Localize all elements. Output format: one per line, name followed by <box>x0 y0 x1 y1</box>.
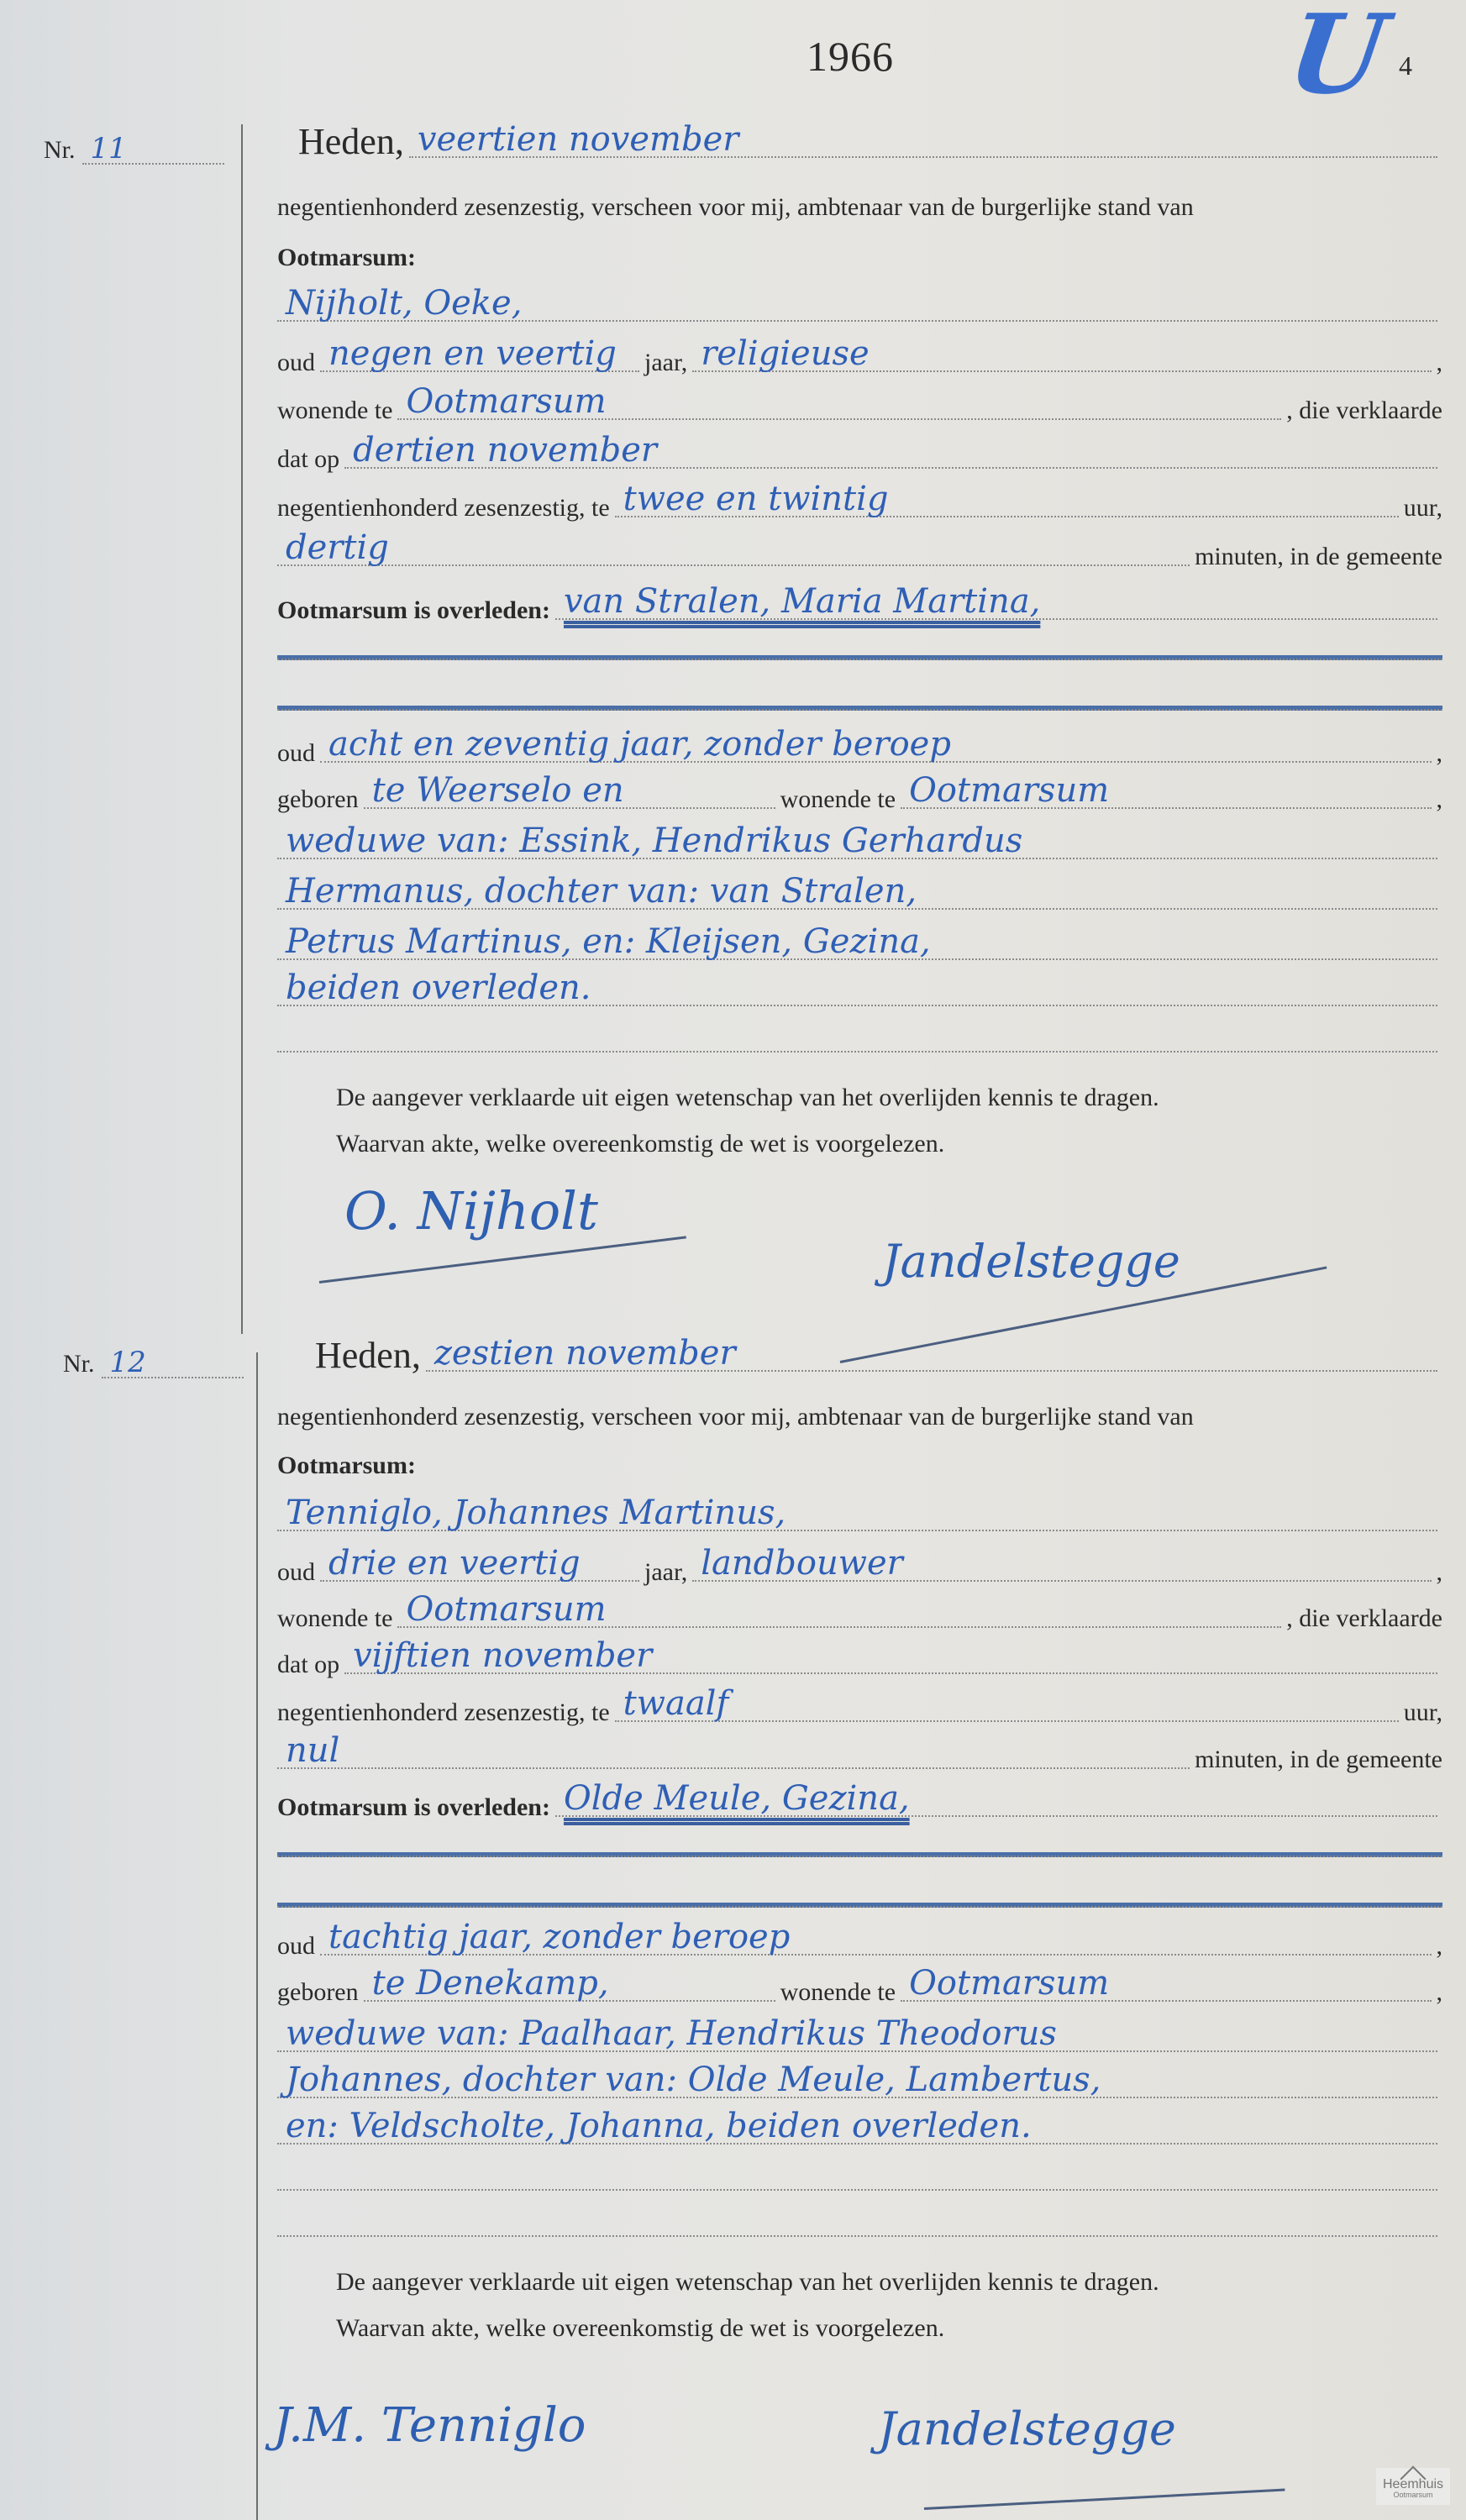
details-line: Hermanus, dochter van: van Stralen, <box>277 878 1442 915</box>
page-number: 4 <box>1399 50 1412 81</box>
signature-official: Jandelstegge <box>882 1235 1180 1288</box>
margin-rule <box>241 124 243 1334</box>
signature-declarant: J.M. Tenniglo <box>273 2398 586 2453</box>
residence: Ootmarsum <box>901 1966 1431 2002</box>
line-residence: wonende te Ootmarsum , die verklaarde <box>277 388 1442 425</box>
empty-line <box>277 1021 1442 1058</box>
declarant-residence: Ootmarsum <box>397 385 1281 420</box>
record-number: Nr. 12 <box>63 1348 244 1378</box>
date-today: veertien november <box>409 123 1437 158</box>
empty-line <box>277 2205 1442 2242</box>
details-line: en: Veldscholte, Johanna, beiden overled… <box>277 2113 1442 2150</box>
empty-line <box>277 2159 1442 2196</box>
record-number: Nr. 11 <box>44 134 224 165</box>
date-today: zestien november <box>426 1336 1437 1372</box>
line-death-hour: negentienhonderd zesenzestig, te twaalf … <box>277 1690 1442 1727</box>
line-birthplace: geboren te Weerselo en wonende te Ootmar… <box>277 777 1442 814</box>
line-death-hour: negentienhonderd zesenzestig, te twee en… <box>277 486 1442 522</box>
heemhuis-logo: Heemhuis Ootmarsum <box>1376 2468 1450 2505</box>
strike-line <box>277 1852 1442 1857</box>
declarant-occupation: landbouwer <box>692 1546 1431 1582</box>
record-number-value: 11 <box>82 134 225 165</box>
details-line: weduwe van: Paalhaar, Hendrikus Theodoru… <box>277 2020 1442 2057</box>
strike-line <box>277 1903 1442 1908</box>
line-deceased: Ootmarsum is overleden: van Stralen, Mar… <box>277 588 1442 625</box>
line-age: oud negen en veertig jaar, religieuse , <box>277 340 1442 377</box>
line-death-date: dat op dertien november <box>277 437 1442 474</box>
strike-line <box>277 706 1442 711</box>
birthplace: te Denekamp, <box>364 1966 775 2002</box>
line-deceased-age: oud acht en zeventig jaar, zonder beroep… <box>277 731 1442 768</box>
death-minutes: dertig <box>277 531 1190 566</box>
margin-rule <box>256 1352 258 2520</box>
details-line: Johannes, dochter van: Olde Meule, Lambe… <box>277 2066 1442 2103</box>
record-number-value: 12 <box>102 1348 244 1378</box>
declarant-occupation: religieuse <box>692 337 1431 372</box>
signature-underline <box>924 2488 1285 2510</box>
line-heden: Heden, veertien november <box>298 126 1442 163</box>
death-minutes: nul <box>277 1734 1190 1769</box>
deceased-age-occupation: tachtig jaar, zonder beroep <box>320 1920 1432 1956</box>
line-age: oud drie en veertig jaar, landbouwer , <box>277 1550 1442 1587</box>
declarant-name: Tenniglo, Johannes Martinus, <box>277 1496 1437 1531</box>
line-death-date: dat op vijftien november <box>277 1642 1442 1679</box>
declarant-residence: Ootmarsum <box>397 1593 1281 1628</box>
details-line: weduwe van: Essink, Hendrikus Gerhardus <box>277 827 1442 864</box>
strike-line <box>277 655 1442 660</box>
deceased-age-occupation: acht en zeventig jaar, zonder beroep <box>320 727 1432 763</box>
line-heden: Heden, zestien november <box>315 1340 1442 1377</box>
declaration-text: Waarvan akte, welke overeenkomstig de we… <box>336 1130 944 1158</box>
death-hour: twaalf <box>615 1687 1399 1722</box>
line-death-minutes: dertig minuten, in de gemeente <box>277 534 1442 571</box>
deceased-name: van Stralen, Maria Martina, <box>555 585 1437 620</box>
deceased-name: Olde Meule, Gezina, <box>555 1782 1437 1817</box>
declarant-age: drie en veertig <box>320 1546 639 1582</box>
line-intro: negentienhonderd zesenzestig, verscheen … <box>277 185 1442 222</box>
line-residence: wonende te Ootmarsum , die verklaarde <box>277 1596 1442 1633</box>
death-hour: twee en twintig <box>615 482 1399 517</box>
birthplace: te Weerselo en <box>364 774 775 809</box>
line-deceased: Ootmarsum is overleden: Olde Meule, Gezi… <box>277 1785 1442 1822</box>
death-date: dertien november <box>344 433 1437 469</box>
signature-underline <box>319 1236 686 1284</box>
line-municipality: Ootmarsum: <box>277 1443 1442 1480</box>
signature-declarant: O. Nijholt <box>344 1180 598 1242</box>
residence: Ootmarsum <box>901 774 1431 809</box>
signature-official: Jandelstegge <box>878 2402 1176 2455</box>
details-line: beiden overleden. <box>277 974 1442 1011</box>
declaration-text: Waarvan akte, welke overeenkomstig de we… <box>336 2314 944 2343</box>
line-birthplace: geboren te Denekamp, wonende te Ootmarsu… <box>277 1970 1442 2007</box>
line-death-minutes: nul minuten, in de gemeente <box>277 1737 1442 1774</box>
line-intro: negentienhonderd zesenzestig, verscheen … <box>277 1394 1442 1431</box>
death-date: vijftien november <box>344 1639 1437 1674</box>
declarant-name: Nijholt, Oeke, <box>277 286 1437 322</box>
declaration-text: De aangever verklaarde uit eigen wetensc… <box>336 1084 1159 1112</box>
details-line: Petrus Martinus, en: Kleijsen, Gezina, <box>277 928 1442 965</box>
line-declarant: Nijholt, Oeke, <box>277 290 1442 327</box>
register-year: 1966 <box>807 32 894 81</box>
declaration-text: De aangever verklaarde uit eigen wetensc… <box>336 2268 1159 2297</box>
line-municipality: Ootmarsum: <box>277 235 1442 272</box>
declarant-age: negen en veertig <box>320 337 639 372</box>
line-deceased-age: oud tachtig jaar, zonder beroep , <box>277 1924 1442 1961</box>
line-declarant: Tenniglo, Johannes Martinus, <box>277 1499 1442 1536</box>
margin-mark: U <box>1282 0 1393 109</box>
